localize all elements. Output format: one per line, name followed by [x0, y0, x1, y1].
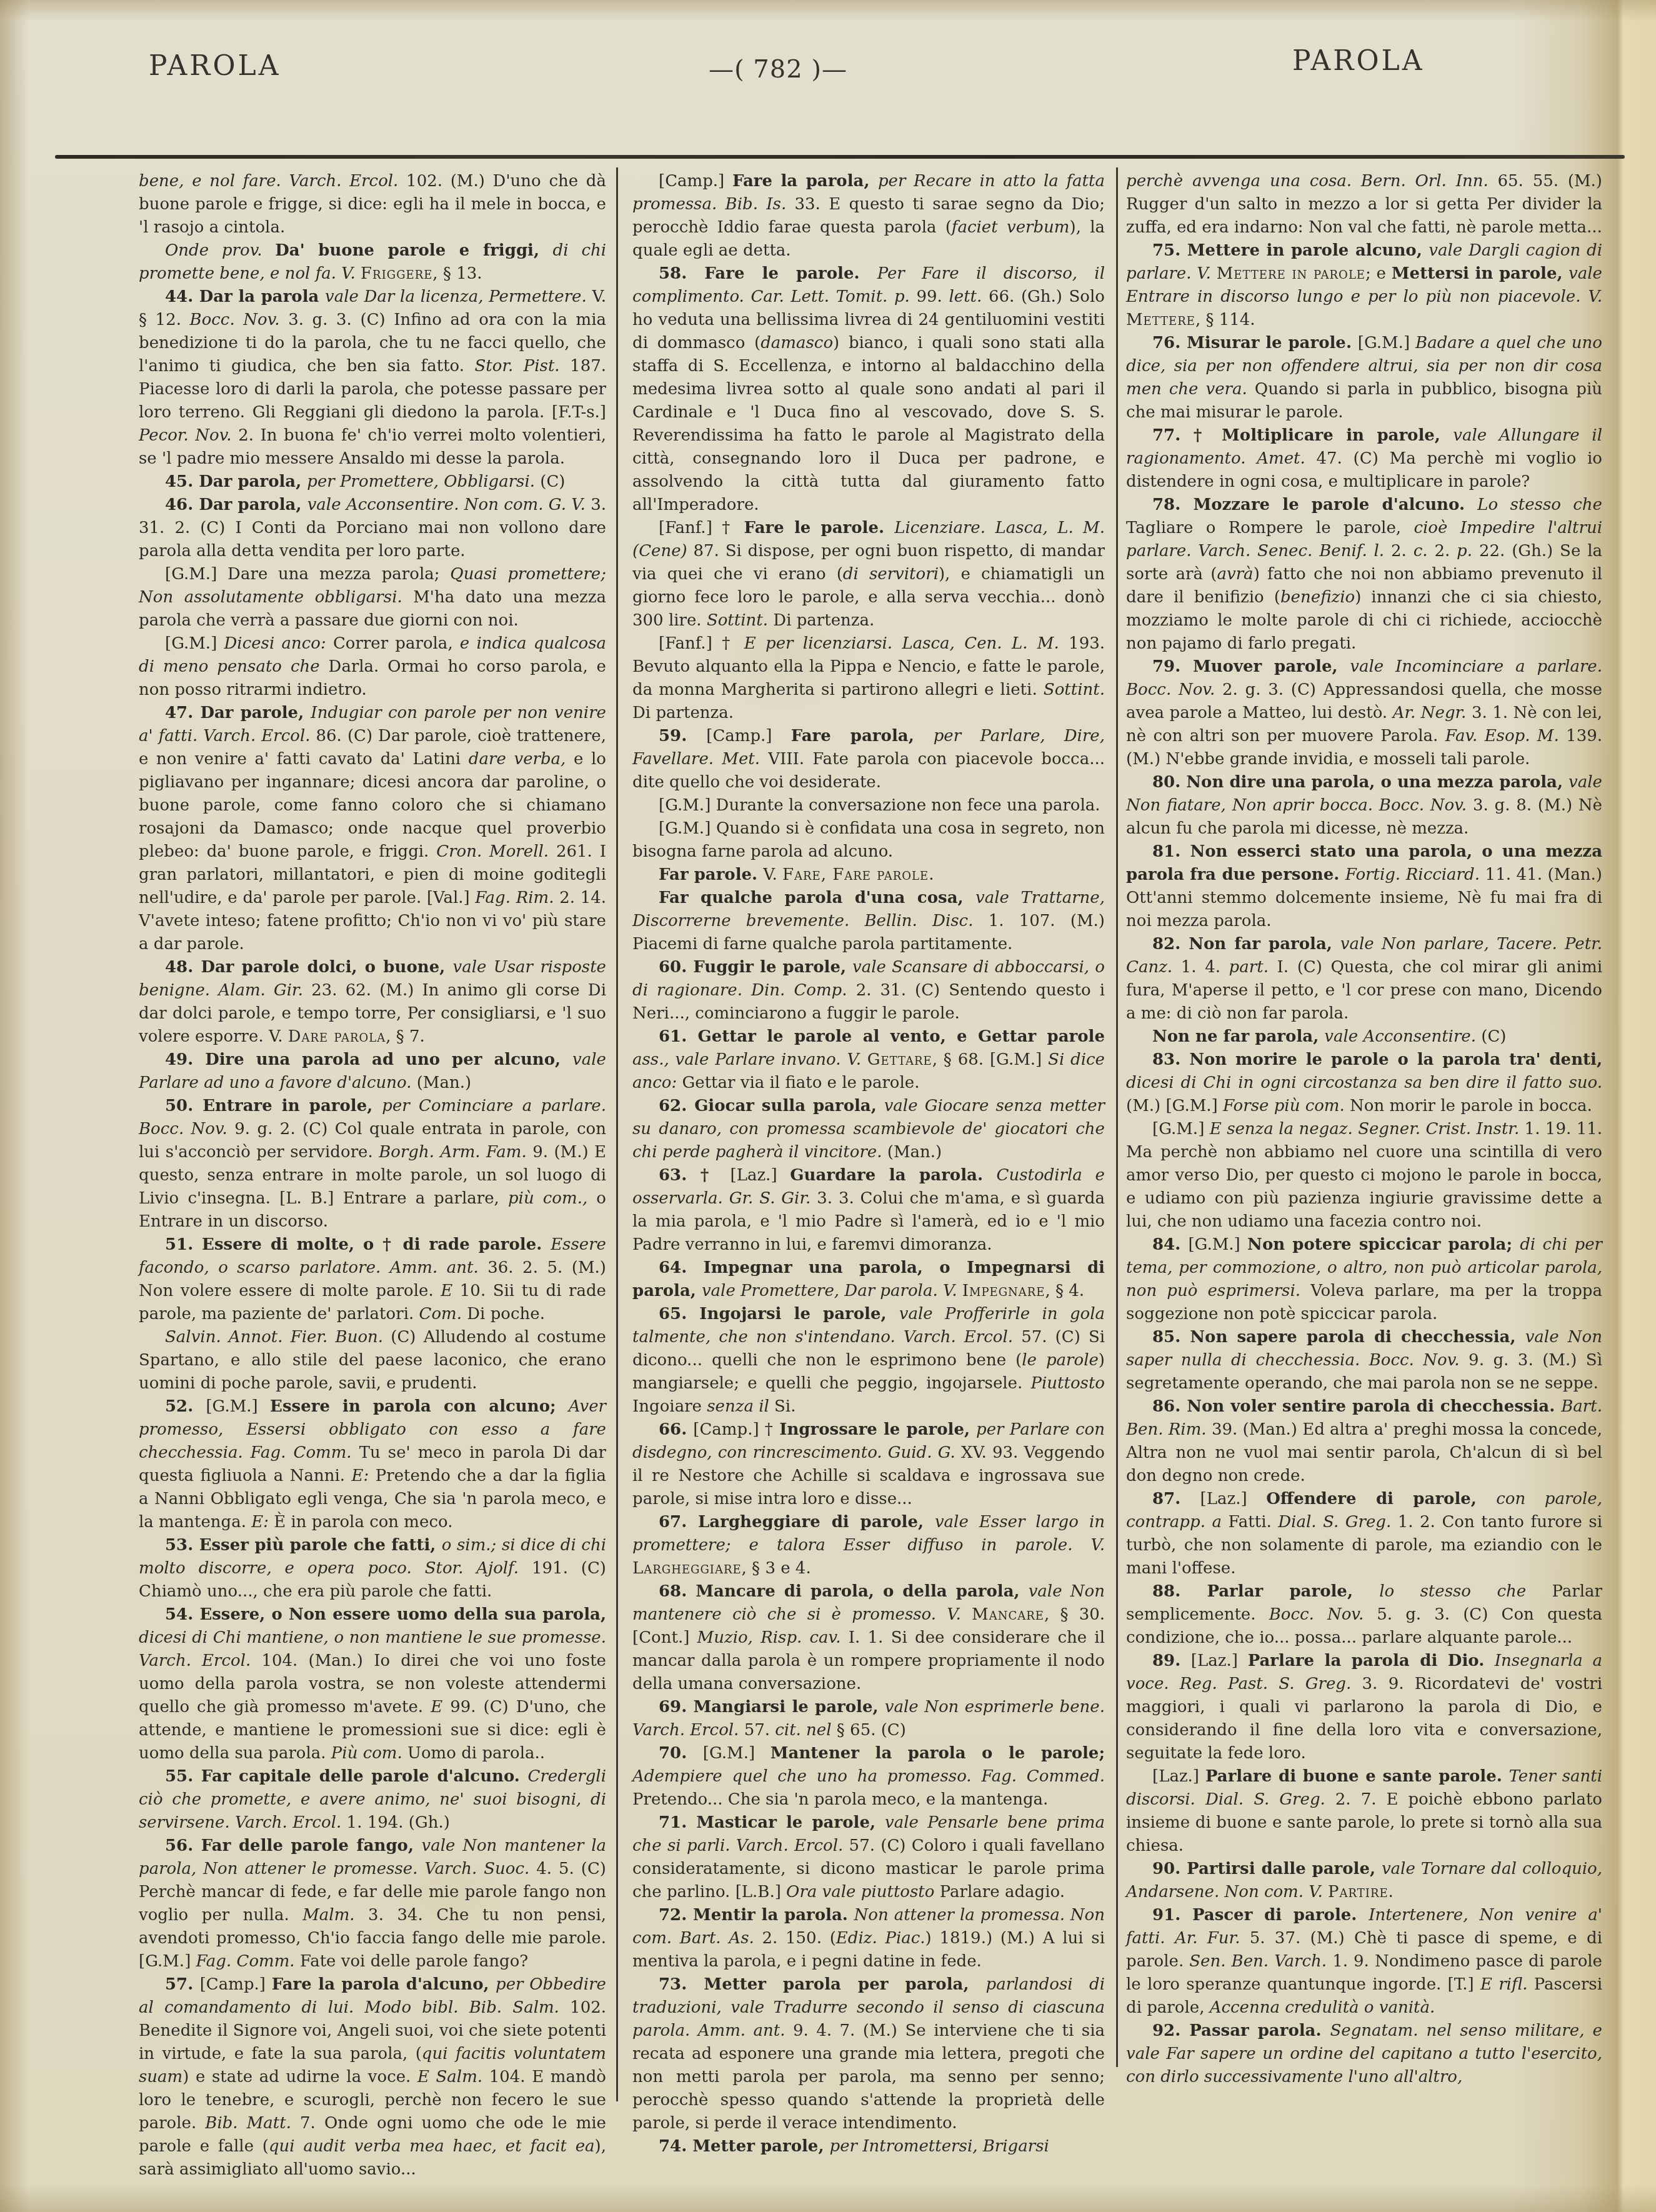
text-segment: Fate voi delle parole fango? [300, 1952, 528, 1971]
text-segment: Com. [419, 1305, 467, 1323]
text-segment: 1. 4. [1181, 958, 1229, 977]
text-segment: 89. [1152, 1652, 1191, 1670]
text-segment: Mantener la parola o le parole; [771, 1744, 1105, 1763]
entry-paragraph: 65. Ingojarsi le parole, vale Profferirl… [632, 1303, 1105, 1418]
text-segment: part. [1229, 958, 1277, 977]
entry-paragraph: 58. Fare le parole. Per Fare il discorso… [632, 262, 1105, 517]
text-segment: Gettar via il fiato e le parole. [682, 1074, 920, 1092]
text-segment: Muzio, Risp. cav. [697, 1628, 849, 1647]
text-segment: (Man.) [887, 1143, 942, 1162]
entry-paragraph: 89. [Laz.] Parlare la parola di Dio. Ins… [1126, 1650, 1602, 1765]
text-segment: senza il [707, 1397, 774, 1416]
text-segment: Fare, Fare parole [782, 865, 929, 884]
text-segment: Bocc. Nov. [190, 311, 289, 329]
text-segment: per Promettere, Obbligarsi. [307, 472, 540, 491]
text-segment: Ora vale piuttosto [786, 1883, 940, 1901]
entry-paragraph: 81. Non esserci stato una parola, o una … [1126, 840, 1602, 933]
text-segment: , § 114. [1195, 311, 1255, 329]
text-segment: damasco [761, 334, 833, 352]
text-segment: Mettere [1126, 311, 1195, 329]
text-segment: vale Acconsentire. [1324, 1027, 1481, 1046]
text-segment: 62. Giocar sulla parola, [659, 1097, 884, 1115]
text-segment: 83. Non morire le parole o la parola tra… [1152, 1050, 1602, 1069]
text-segment: Dial. S. Greg. [1278, 1513, 1397, 1532]
text-segment: c. [1414, 542, 1435, 560]
text-segment: 57. [165, 1975, 200, 1994]
text-segment: Pecor. Nov. [139, 426, 238, 445]
text-segment: , § 13. [432, 264, 482, 283]
text-segment: p. [1457, 542, 1479, 560]
header-rule [55, 155, 1625, 159]
entry-paragraph: Far qualche parola d'una cosa, vale Trat… [632, 887, 1105, 956]
text-segment: Largheggiare [632, 1559, 742, 1578]
text-segment: 61. Gettar le parole al vento, e Gettar … [659, 1027, 1105, 1046]
entry-paragraph: [Fanf.] † E per licenziarsi. Lasca, Cen.… [632, 632, 1105, 725]
text-segment: 49. Dire una parola ad uno per alcuno, [165, 1050, 572, 1069]
text-segment: 84. [1152, 1235, 1188, 1254]
text-segment: 73. Metter parola per parola, [659, 1975, 986, 1994]
column-divider-left [616, 167, 618, 2101]
text-segment: 59. [659, 727, 706, 745]
text-segment: Friggere [361, 264, 432, 283]
entry-paragraph: 69. Mangiarsi le parole, vale Non esprim… [632, 1696, 1105, 1742]
text-segment: Uomo di parola.. [407, 1744, 545, 1763]
text-segment: 65. Ingojarsi le parole, [659, 1305, 899, 1323]
text-segment: [G.M.] Quando si è confidata una cosa in… [632, 819, 1105, 861]
text-segment: benefizio [1280, 588, 1355, 607]
text-segment: 2. [1434, 542, 1457, 560]
text-segment: [Laz.] [1152, 1767, 1205, 1786]
entry-paragraph: 49. Dire una parola ad uno per alcuno, v… [139, 1049, 606, 1095]
text-segment: 55. Far capitale delle parole d'alcuno. [165, 1767, 528, 1786]
entry-paragraph: 44. Dar la parola vale Dar la licenza, P… [139, 286, 606, 471]
text-segment: [G.M.] [1358, 334, 1415, 352]
text-segment: (C) [540, 472, 565, 491]
text-segment: perchè avvenga una cosa. Bern. Orl. Inn. [1126, 172, 1498, 191]
text-segment: 50. Entrare in parole, [165, 1097, 382, 1115]
text-segment: 46. Dar parola, [165, 496, 307, 514]
text-segment: 53. Esser più parole che fatti, [165, 1536, 442, 1555]
text-segment: ass., vale Parlare invano. V. [632, 1050, 867, 1069]
text-segment: [Laz.] [1200, 1490, 1267, 1508]
entry-paragraph: [G.M.] E senza la negaz. Segner. Crist. … [1126, 1118, 1602, 1233]
entry-paragraph: 70. [G.M.] Mantener la parola o le parol… [632, 1742, 1105, 1811]
text-segment: Fag. Comm. [196, 1952, 300, 1971]
text-segment: Parlare adagio. [940, 1883, 1065, 1901]
text-segment: Più com. [331, 1744, 407, 1763]
text-segment: 63. † [659, 1166, 731, 1185]
text-segment: 67. Largheggiare di parole, [659, 1513, 935, 1532]
text-segment: 70. [659, 1744, 703, 1763]
entry-paragraph: Salvin. Annot. Fier. Buon. (C) Alludendo… [139, 1326, 606, 1395]
text-segment: Si. [774, 1397, 796, 1416]
text-segment: 76. Misurar le parole. [1152, 334, 1358, 352]
text-segment: Ingoiare [632, 1397, 707, 1416]
entry-paragraph: 46. Dar parola, vale Acconsentire. Non c… [139, 494, 606, 563]
entry-paragraph: [Laz.] Parlare di buone e sante parole. … [1126, 1765, 1602, 1858]
text-segment: dicesi di Chi in ogni circostanza sa ben… [1126, 1074, 1602, 1092]
text-segment: vale Acconsentire. Non com. G. V. [307, 496, 591, 514]
text-segment: Lo stesso che [1477, 496, 1602, 514]
text-column-3: perchè avvenga una cosa. Bern. Orl. Inn.… [1126, 170, 1602, 2089]
text-segment: 74. Metter parole, [659, 2137, 830, 2156]
text-segment: avrà [1217, 565, 1254, 584]
text-segment: 2. 150. ( [762, 1929, 835, 1948]
text-segment: 80. Non dire una parola, o una mezza par… [1152, 773, 1569, 792]
text-segment: È in parola con meco. [274, 1513, 452, 1532]
text-segment: 99. [916, 287, 949, 306]
text-segment: 58. Fare le parole. [659, 264, 877, 283]
entry-paragraph: 57. [Camp.] Fare la parola d'alcuno, per… [139, 1973, 606, 2181]
text-segment: [G.M.] Durante la conversazione non fece… [659, 796, 1100, 815]
text-segment: Non potere spiccicar parola; [1247, 1235, 1520, 1254]
text-segment: [G.M.] [206, 1397, 270, 1416]
text-segment: 52. [165, 1397, 206, 1416]
text-column-2: [Camp.] Fare la parola, per Recare in at… [632, 170, 1105, 2158]
text-segment: Forse più com. [1223, 1097, 1350, 1115]
text-segment: E per licenziarsi. Lasca, Cen. L. M. [744, 634, 1069, 653]
entry-paragraph: 87. [Laz.] Offendere di parole, con paro… [1126, 1488, 1602, 1580]
text-segment: 66. [659, 1420, 693, 1439]
text-segment: . [929, 865, 934, 884]
text-segment: E [431, 1698, 450, 1716]
text-segment: [Camp.] [659, 172, 732, 191]
text-segment: 57. [744, 1721, 776, 1740]
text-segment: Sottint. [707, 611, 773, 630]
text-segment: 71. Masticar le parole, [659, 1813, 885, 1832]
text-segment: Accenna credulità o vanità. [1210, 1998, 1435, 2017]
text-segment: Parlare la parola di Dio. [1248, 1652, 1495, 1670]
text-segment: [Fanf.] † [659, 519, 744, 537]
text-segment: vale Dar la licenza, Permettere. [325, 287, 592, 306]
text-segment: 72. Mentir la parola. [659, 1906, 854, 1925]
text-segment: V. [763, 865, 782, 884]
text-segment: Fatti. [1228, 1513, 1278, 1532]
text-column-1: bene, e nol fare. Varch. Ercol. 102. (M.… [139, 170, 606, 2181]
text-segment: (C) [1481, 1027, 1506, 1046]
text-segment: Pretendo... Che sia 'n parola meco, e la… [632, 1790, 1048, 1809]
text-segment: qui audit verba mea haec, et facit ea [269, 2137, 595, 2156]
text-segment: lo stesso che [1379, 1582, 1552, 1601]
text-segment: Borgh. Arm. Fam. [379, 1143, 532, 1162]
text-segment: Salvin. Annot. Fier. Buon. [165, 1328, 391, 1347]
text-segment: 69. Mangiarsi le parole, [659, 1698, 885, 1716]
entry-paragraph: 72. Mentir la parola. Non attener la pro… [632, 1904, 1105, 1973]
dictionary-page-scan: PAROLA —( 782 )— PAROLA bene, e nol fare… [0, 0, 1656, 2212]
text-segment: Malm. [302, 1906, 368, 1925]
text-segment: Onde prov. [165, 241, 275, 260]
entry-paragraph: 48. Dar parole dolci, o buone, vale Usar… [139, 956, 606, 1049]
entry-paragraph: perchè avvenga una cosa. Bern. Orl. Inn.… [1126, 170, 1602, 239]
entry-paragraph: 45. Dar parola, per Promettere, Obbligar… [139, 471, 606, 494]
text-segment: 48. Dar parole dolci, o buone, [165, 958, 453, 977]
text-segment: Far parole. [659, 865, 763, 884]
text-segment: Far qualche parola d'una cosa, [659, 889, 975, 907]
text-segment: lett. [949, 287, 988, 306]
text-segment: 51. Essere di molte, o † di rade parole. [165, 1235, 551, 1254]
text-segment: [G.M.] [1152, 1120, 1210, 1138]
entry-paragraph: Onde prov. Da' buone parole e friggi, di… [139, 239, 606, 286]
text-segment: ; e [1365, 264, 1392, 283]
entry-paragraph: 86. Non voler sentire parola di checches… [1126, 1395, 1602, 1488]
text-segment: Parlare di buone e sante parole. [1205, 1767, 1509, 1786]
text-segment: Partire [1328, 1883, 1389, 1901]
text-segment: Bocc. Nov. [1269, 1605, 1377, 1624]
text-segment: Bib. Matt. [205, 2114, 300, 2133]
text-segment: E rifl. [1480, 1975, 1534, 1994]
text-segment: E Salm. [417, 2068, 489, 2086]
text-segment: le parole [1022, 1351, 1099, 1370]
text-segment: 90. Partirsi dalle parole, [1152, 1860, 1382, 1878]
entry-paragraph: 78. Mozzare le parole d'alcuno. Lo stess… [1126, 494, 1602, 655]
text-segment: Mancare [972, 1605, 1044, 1624]
text-segment: , § 3 e 4. [742, 1559, 811, 1578]
text-segment: (Man.) [417, 1074, 471, 1092]
entry-paragraph: 75. Mettere in parole alcuno, vale Dargl… [1126, 239, 1602, 332]
text-segment: dare verba, [469, 750, 574, 769]
text-segment: 47. Dar parole, [165, 704, 311, 722]
text-segment: Non morir le parole in bocca. [1350, 1097, 1592, 1115]
text-segment: Di partenza. [773, 611, 874, 630]
entry-paragraph: 52. [G.M.] Essere in parola con alcuno; … [139, 1395, 606, 1534]
entry-paragraph: 74. Metter parole, per Intromettersi, Br… [632, 2135, 1105, 2158]
entry-paragraph: 55. Far capitale delle parole d'alcuno. … [139, 1765, 606, 1835]
text-segment: 91. Pascer di parole. [1152, 1906, 1369, 1925]
text-segment: 1. 194. (Gh.) [347, 1813, 450, 1832]
entry-paragraph: 84. [G.M.] Non potere spiccicar parola; … [1126, 1233, 1602, 1326]
text-segment: di servitori [843, 565, 939, 584]
text-segment: Mettere in parole [1217, 264, 1365, 283]
text-segment: Fare parola, [791, 727, 934, 745]
text-segment: Da' buone parole e friggi, [275, 241, 552, 260]
entry-paragraph: 63. † [Laz.] Guardare la parola. Custodi… [632, 1164, 1105, 1257]
text-segment: [Camp.] [706, 727, 791, 745]
entry-paragraph: 79. Muover parole, vale Incominciare a p… [1126, 655, 1602, 771]
text-segment: E [441, 1282, 460, 1300]
text-segment: 88. Parlar parole, [1152, 1582, 1379, 1601]
text-segment: 82. Non far parola, [1152, 935, 1340, 954]
text-segment: ) bianco, i quali sono stati alla staffa… [632, 334, 1105, 514]
text-segment: cit. nel [775, 1721, 837, 1740]
text-segment: 68. Mancare di parola, o della parola, [659, 1582, 1029, 1601]
text-segment: 79. Muover parole, [1152, 657, 1350, 676]
text-segment: [G.M.] [1188, 1235, 1247, 1254]
text-segment: , § 4. [1045, 1282, 1084, 1300]
text-segment: Fag. Rim. [475, 889, 559, 907]
running-head-right: PAROLA [1292, 45, 1425, 77]
column-divider-right [1116, 167, 1118, 2067]
text-segment: per Intromettersi, Brigarsi [830, 2137, 1049, 2156]
text-segment: bene, e nol fare. Varch. Ercol. [139, 172, 406, 191]
text-segment: Ediz. Piac. [836, 1929, 925, 1948]
entry-paragraph: 77. † Moltiplicare in parole, vale Allun… [1126, 424, 1602, 494]
text-segment: Ar. Negr. [1393, 704, 1472, 722]
entry-paragraph: [G.M.] Dare una mezza parola; Quasi prom… [139, 563, 606, 632]
text-segment: Fortig. Ricciard. [1345, 865, 1485, 884]
text-segment: Sen. Ben. Varch. [1189, 1952, 1332, 1971]
text-segment: Tagliare o Rompere le parole, [1126, 519, 1414, 537]
text-segment: , § 68. [G.M.] [932, 1050, 1048, 1069]
text-segment: 45. Dar parola, [165, 472, 307, 491]
text-segment: Correr parola, [333, 634, 460, 653]
text-segment: § 65. (C) [837, 1721, 906, 1740]
entry-paragraph: 51. Essere di molte, o † di rade parole.… [139, 1233, 606, 1326]
entry-paragraph: 83. Non morire le parole o la parola tra… [1126, 1049, 1602, 1118]
entry-paragraph: 66. [Camp.] † Ingrossare le parole, per … [632, 1418, 1105, 1511]
text-segment: Ingrossare le parole, [779, 1420, 976, 1439]
text-segment: Sottint. [1044, 680, 1105, 699]
text-segment: [Camp.] [200, 1975, 272, 1994]
text-segment: 44. Dar la parola [165, 287, 325, 306]
entry-paragraph: [Camp.] Fare la parola, per Recare in at… [632, 170, 1105, 262]
text-segment: Dare parola [288, 1027, 386, 1046]
entry-paragraph: 68. Mancare di parola, o della parola, v… [632, 1580, 1105, 1696]
text-segment: E: [251, 1513, 274, 1532]
entry-paragraph: 62. Giocar sulla parola, vale Giocare se… [632, 1095, 1105, 1164]
text-segment: vale Promettere, Dar parola. V. [702, 1282, 962, 1300]
text-segment: Offendere di parole, [1266, 1490, 1496, 1508]
text-segment: 54. Essere, o Non essere uomo della sua … [165, 1605, 606, 1624]
text-segment: Mettersi in parole, [1392, 264, 1569, 283]
text-segment: 77. † Moltiplicare in parole, [1152, 426, 1453, 445]
text-segment: Guardare la parola. [790, 1166, 996, 1185]
text-segment: [Camp.] † [693, 1420, 779, 1439]
text-segment: 86. Non voler sentire parola di checches… [1152, 1397, 1561, 1416]
text-segment: Fare la parola d'alcuno, [272, 1975, 496, 1994]
text-segment: [Laz.] [1191, 1652, 1248, 1670]
entry-paragraph: [Fanf.] † Fare le parole. Licenziare. La… [632, 517, 1105, 632]
entry-paragraph: 73. Metter parola per parola, parlandosi… [632, 1973, 1105, 2135]
text-segment: 56. Far delle parole fango, [165, 1836, 422, 1855]
text-segment: 2. [1391, 542, 1414, 560]
text-segment: Stor. Pist. [475, 357, 571, 376]
text-segment: Adempiere quel che uno ha promesso. Fag.… [632, 1767, 1105, 1786]
entry-paragraph: 76. Misurar le parole. [G.M.] Badare a q… [1126, 332, 1602, 424]
text-segment: Dicesi anco: [224, 634, 333, 653]
entry-paragraph: 82. Non far parola, vale Non parlare, Ta… [1126, 933, 1602, 1025]
text-segment: E: [352, 1467, 376, 1485]
text-segment: [Fanf.] † [659, 634, 744, 653]
entry-paragraph: 59. [Camp.] Fare parola, per Parlare, Di… [632, 725, 1105, 794]
text-segment: Di partenza. [632, 704, 734, 722]
text-segment: Non ne far parola, [1152, 1027, 1324, 1046]
text-segment: Gettare [867, 1050, 932, 1069]
entry-paragraph: 61. Gettar le parole al vento, e Gettar … [632, 1025, 1105, 1095]
text-segment: [G.M.] [165, 634, 224, 653]
entry-paragraph: [G.M.] Durante la conversazione non fece… [632, 794, 1105, 817]
text-segment: ) e state ad udirne la voce. [182, 2068, 417, 2086]
entry-paragraph: bene, e nol fare. Varch. Ercol. 102. (M.… [139, 170, 606, 239]
text-segment: E senza la negaz. Segner. Crist. Instr. [1210, 1120, 1525, 1138]
text-segment: 78. Mozzare le parole d'alcuno. [1152, 496, 1477, 514]
text-segment: [G.M.] [703, 1744, 771, 1763]
entry-paragraph: 90. Partirsi dalle parole, vale Tornare … [1126, 1858, 1602, 1904]
text-segment: 85. Non sapere parola di checchessia, [1152, 1328, 1525, 1347]
text-segment: [Laz.] [731, 1166, 791, 1185]
text-segment: Essere in parola con alcuno; [270, 1397, 569, 1416]
text-segment: Fare la parola, [732, 172, 878, 191]
entry-paragraph: 50. Entrare in parole, per Cominciare a … [139, 1095, 606, 1233]
entry-paragraph: 88. Parlar parole, lo stesso che Parlar … [1126, 1580, 1602, 1650]
text-segment: Di poche. [467, 1305, 545, 1323]
entry-paragraph: 64. Impegnar una parola, o Impegnarsi di… [632, 1257, 1105, 1303]
entry-paragraph: 91. Pascer di parole. Intertenere, Non v… [1126, 1904, 1602, 2020]
entry-paragraph: 56. Far delle parole fango, vale Non man… [139, 1835, 606, 1973]
entry-paragraph: 54. Essere, o Non essere uomo della sua … [139, 1603, 606, 1765]
entry-paragraph: [G.M.] Dicesi anco: Correr parola, e ind… [139, 632, 606, 702]
text-segment: (M.) [G.M.] [1126, 1097, 1223, 1115]
entry-paragraph: [G.M.] Quando si è confidata una cosa in… [632, 817, 1105, 864]
entry-paragraph: 85. Non sapere parola di checchessia, va… [1126, 1326, 1602, 1395]
text-segment: 75. Mettere in parole alcuno, [1152, 241, 1429, 260]
entry-paragraph: 53. Esser più parole che fatti, o sim.; … [139, 1534, 606, 1603]
text-segment: . [1389, 1883, 1394, 1901]
text-segment: Fare le parole. [744, 519, 895, 537]
text-segment: 87. [1152, 1490, 1200, 1508]
text-segment: faciet verbum [952, 218, 1070, 237]
entry-paragraph: 67. Largheggiare di parole, vale Esser l… [632, 1511, 1105, 1580]
entry-paragraph: Non ne far parola, vale Acconsentire. (C… [1126, 1025, 1602, 1049]
entry-paragraph: 80. Non dire una parola, o una mezza par… [1126, 771, 1602, 840]
text-segment: più com., [508, 1189, 596, 1208]
text-segment: Fav. Esop. M. [1445, 727, 1566, 745]
text-segment: 60. Fuggir le parole, [659, 958, 852, 977]
entry-paragraph: 71. Masticar le parole, vale Pensarle be… [632, 1811, 1105, 1904]
text-segment: Cron. Morell. [436, 842, 556, 861]
entry-paragraph: 60. Fuggir le parole, vale Scansare di a… [632, 956, 1105, 1025]
text-segment: , § 7. [386, 1027, 425, 1046]
entry-paragraph: 92. Passar parola. Segnatam. nel senso m… [1126, 2020, 1602, 2089]
entry-paragraph: 47. Dar parole, Indugiar con parole per … [139, 702, 606, 956]
text-segment: 92. Passar parola. [1152, 2021, 1330, 2040]
text-segment: [G.M.] Dare una mezza parola; [165, 565, 450, 584]
text-segment: Piuttosto [1030, 1374, 1105, 1393]
text-segment: Impegnare [962, 1282, 1045, 1300]
entry-paragraph: Far parole. V. Fare, Fare parole. [632, 864, 1105, 887]
